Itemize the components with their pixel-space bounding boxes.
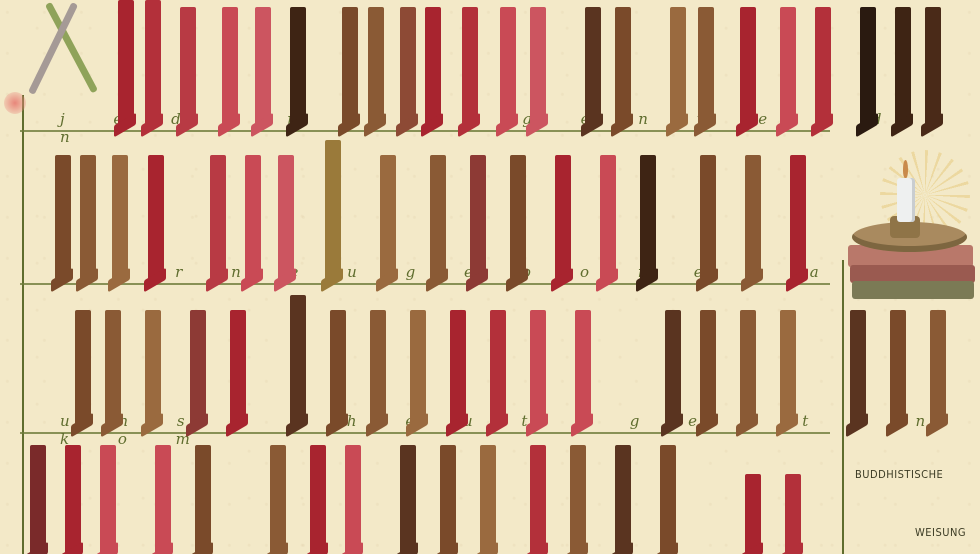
book-bottom-icon bbox=[852, 281, 974, 299]
calligraphy-line-3 bbox=[0, 295, 980, 425]
candle-icon bbox=[897, 178, 915, 222]
caption-line-1: BUDDHISTISCHE bbox=[855, 468, 943, 481]
calligraphy-line-1 bbox=[0, 0, 980, 125]
ink-blot bbox=[4, 92, 26, 114]
calligraphy-line-2 bbox=[0, 140, 980, 280]
calligraphy-line-4 bbox=[0, 445, 980, 554]
candle-flame-icon bbox=[903, 160, 908, 178]
caption-line-2: WEISUNG bbox=[915, 526, 966, 539]
